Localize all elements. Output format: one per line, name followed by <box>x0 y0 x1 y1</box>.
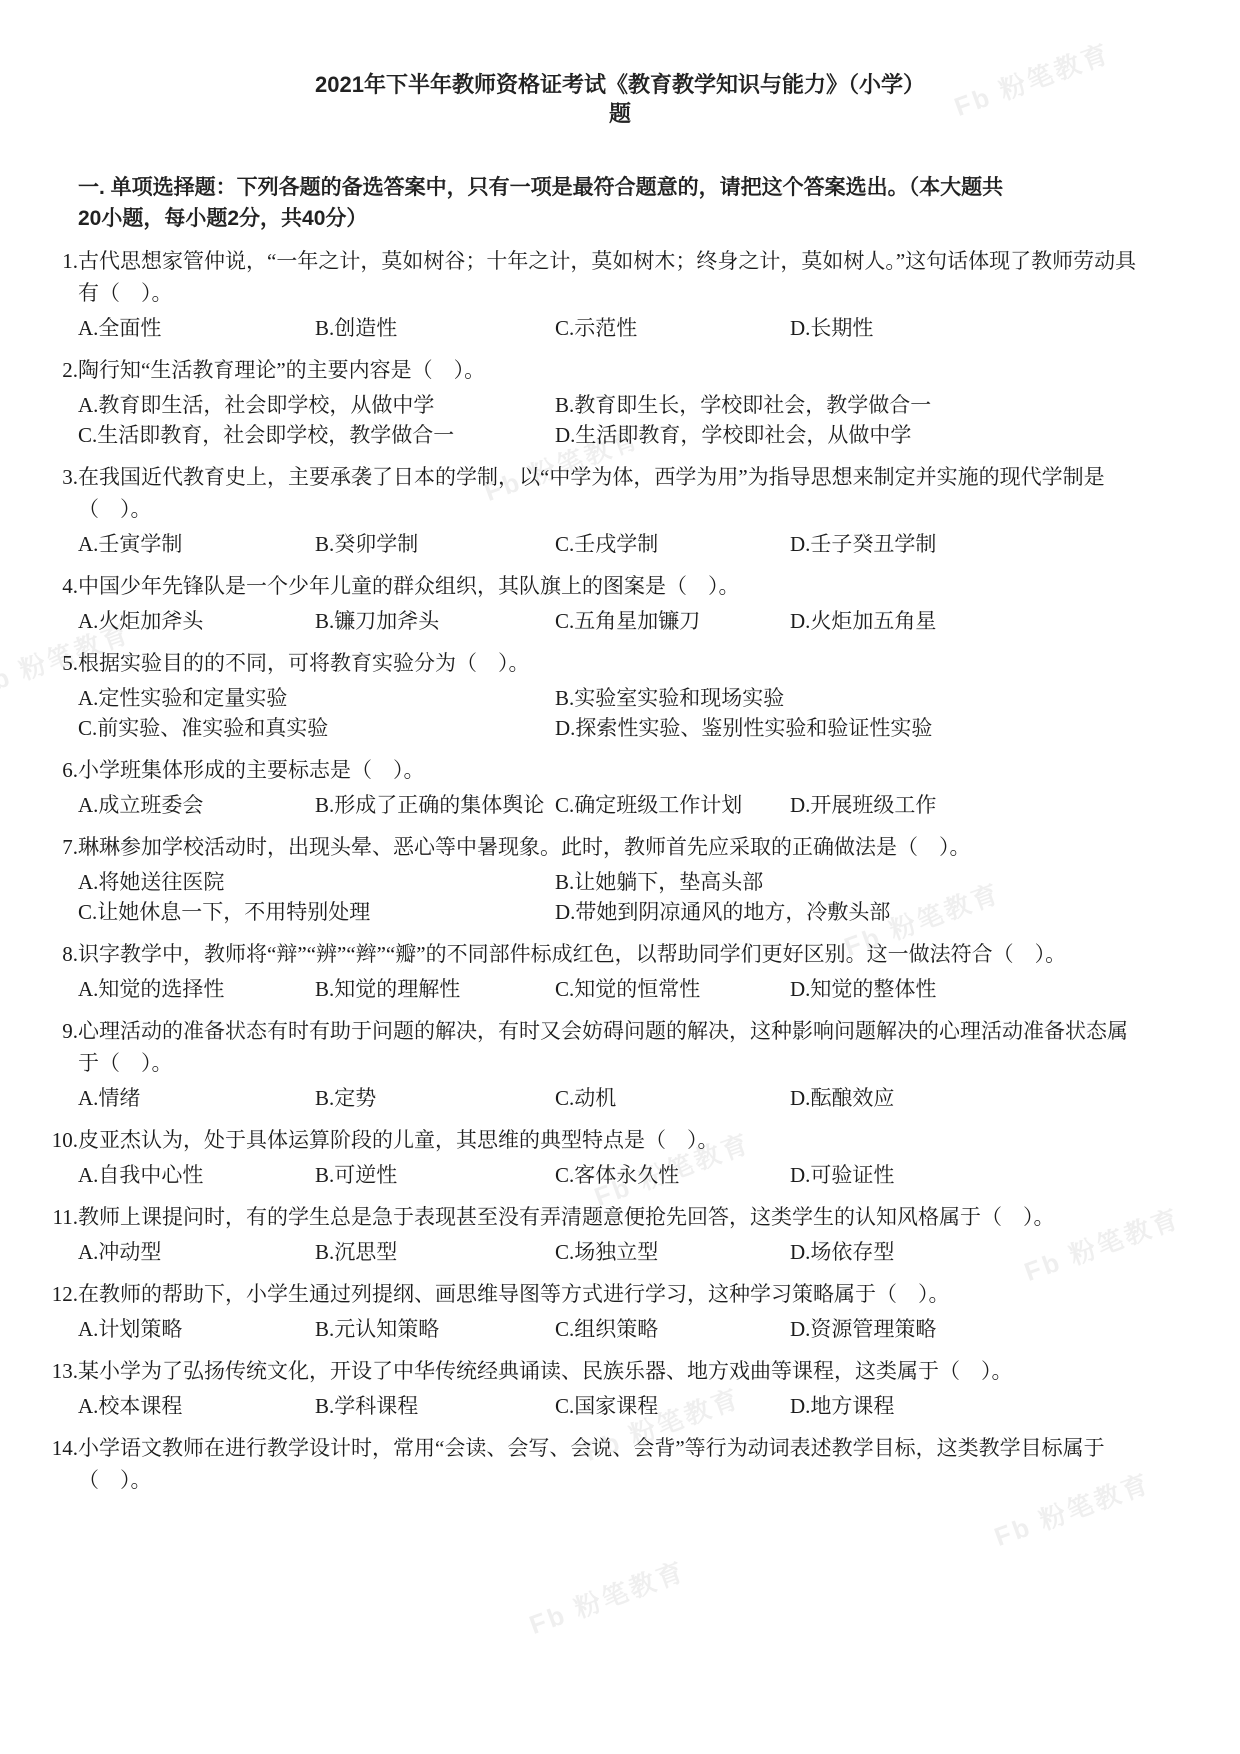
question-options: A.校本课程 B.学科课程 C.国家课程 D.地方课程 <box>78 1391 1144 1421</box>
question-number: 2. <box>62 354 78 386</box>
option-d: D.知觉的整体性 <box>790 974 1144 1004</box>
option-a: A.自我中心性 <box>78 1160 315 1190</box>
option-d: D.地方课程 <box>790 1391 1144 1421</box>
question-number: 14. <box>52 1432 78 1464</box>
watermark: Fb 粉笔教育 <box>524 1551 691 1642</box>
option-b: B.实验室实验和现场实验 <box>555 683 1144 713</box>
question-text: 皮亚杰认为，处于具体运算阶段的儿童，其思维的典型特点是（ ）。 <box>78 1124 1144 1156</box>
question-10: 10. 皮亚杰认为，处于具体运算阶段的儿童，其思维的典型特点是（ ）。 A.自我… <box>78 1124 1144 1190</box>
option-a: A.计划策略 <box>78 1314 315 1344</box>
option-d: D.长期性 <box>790 313 1144 343</box>
question-options: A.壬寅学制 B.癸卯学制 C.壬戌学制 D.壬子癸丑学制 <box>78 529 1144 559</box>
option-b: B.教育即生长，学校即社会，教学做合一 <box>555 390 1144 420</box>
question-options: A.知觉的选择性 B.知觉的理解性 C.知觉的恒常性 D.知觉的整体性 <box>78 974 1144 1004</box>
option-d: D.壬子癸丑学制 <box>790 529 1144 559</box>
question-options: A.全面性 B.创造性 C.示范性 D.长期性 <box>78 313 1144 343</box>
option-b: B.学科课程 <box>315 1391 555 1421</box>
question-options: A.冲动型 B.沉思型 C.场独立型 D.场依存型 <box>78 1237 1144 1267</box>
question-text: 识字教学中，教师将“辩”“辨”“辫”“瓣”的不同部件标成红色，以帮助同学们更好区… <box>78 938 1144 970</box>
option-b: B.沉思型 <box>315 1237 555 1267</box>
question-options: A.情绪 B.定势 C.动机 D.酝酿效应 <box>78 1083 1144 1113</box>
option-a: A.校本课程 <box>78 1391 315 1421</box>
question-number: 1. <box>62 245 78 277</box>
question-options: A.成立班委会 B.形成了正确的集体舆论 C.确定班级工作计划 D.开展班级工作 <box>78 790 1144 820</box>
question-number: 11. <box>53 1201 78 1233</box>
option-c: C.组织策略 <box>555 1314 790 1344</box>
option-c: C.客体永久性 <box>555 1160 790 1190</box>
question-12: 12. 在教师的帮助下，小学生通过列提纲、画思维导图等方式进行学习，这种学习策略… <box>78 1278 1144 1344</box>
question-options: A.定性实验和定量实验 B.实验室实验和现场实验 C.前实验、准实验和真实验 D… <box>78 683 1144 743</box>
option-d: D.可验证性 <box>790 1160 1144 1190</box>
question-text: 古代思想家管仲说，“一年之计，莫如树谷；十年之计，莫如树木；终身之计，莫如树人。… <box>78 245 1144 309</box>
question-number: 6. <box>62 754 78 786</box>
option-c: C.场独立型 <box>555 1237 790 1267</box>
page-title-line-2: 题 <box>0 99 1240 128</box>
question-3: 3. 在我国近代教育史上，主要承袭了日本的学制，以“中学为体，西学为用”为指导思… <box>78 461 1144 559</box>
option-d: D.火炬加五角星 <box>790 606 1144 636</box>
option-b: B.镰刀加斧头 <box>315 606 555 636</box>
option-a: A.成立班委会 <box>78 790 315 820</box>
option-b: B.癸卯学制 <box>315 529 555 559</box>
question-text: 在教师的帮助下，小学生通过列提纲、画思维导图等方式进行学习，这种学习策略属于（ … <box>78 1278 1144 1310</box>
option-c: C.确定班级工作计划 <box>555 790 790 820</box>
question-text: 陶行知“生活教育理论”的主要内容是（ ）。 <box>78 354 1144 386</box>
option-c: C.知觉的恒常性 <box>555 974 790 1004</box>
option-a: A.情绪 <box>78 1083 315 1113</box>
option-d: D.带她到阴凉通风的地方，冷敷头部 <box>555 897 1144 927</box>
option-c: C.示范性 <box>555 313 790 343</box>
option-d: D.开展班级工作 <box>790 790 1144 820</box>
option-a: A.教育即生活，社会即学校，从做中学 <box>78 390 555 420</box>
question-14: 14. 小学语文教师在进行教学设计时，常用“会读、会写、会说、会背”等行为动词表… <box>78 1432 1144 1496</box>
option-a: A.冲动型 <box>78 1237 315 1267</box>
option-d: D.资源管理策略 <box>790 1314 1144 1344</box>
option-d: D.生活即教育，学校即社会，从做中学 <box>555 420 1144 450</box>
question-4: 4. 中国少年先锋队是一个少年儿童的群众组织，其队旗上的图案是（ ）。 A.火炬… <box>78 570 1144 636</box>
option-c: C.国家课程 <box>555 1391 790 1421</box>
question-options: A.计划策略 B.元认知策略 C.组织策略 D.资源管理策略 <box>78 1314 1144 1344</box>
option-a: A.将她送往医院 <box>78 867 555 897</box>
question-text: 中国少年先锋队是一个少年儿童的群众组织，其队旗上的图案是（ ）。 <box>78 570 1144 602</box>
question-6: 6. 小学班集体形成的主要标志是（ ）。 A.成立班委会 B.形成了正确的集体舆… <box>78 754 1144 820</box>
question-text: 在我国近代教育史上，主要承袭了日本的学制，以“中学为体，西学为用”为指导思想来制… <box>78 461 1144 525</box>
option-a: A.知觉的选择性 <box>78 974 315 1004</box>
question-number: 9. <box>62 1015 78 1047</box>
page-title-line-1: 2021年下半年教师资格证考试《教育教学知识与能力》（小学） <box>0 70 1240 99</box>
question-text: 小学班集体形成的主要标志是（ ）。 <box>78 754 1144 786</box>
option-b: B.形成了正确的集体舆论 <box>315 790 555 820</box>
question-11: 11. 教师上课提问时，有的学生总是急于表现甚至没有弄清题意便抢先回答，这类学生… <box>78 1201 1144 1267</box>
question-number: 13. <box>52 1355 78 1387</box>
question-number: 5. <box>62 647 78 679</box>
option-c: C.五角星加镰刀 <box>555 606 790 636</box>
question-9: 9. 心理活动的准备状态有时有助于问题的解决，有时又会妨碍问题的解决，这种影响问… <box>78 1015 1144 1113</box>
option-b: B.元认知策略 <box>315 1314 555 1344</box>
option-c: C.壬戌学制 <box>555 529 790 559</box>
question-text: 教师上课提问时，有的学生总是急于表现甚至没有弄清题意便抢先回答，这类学生的认知风… <box>78 1201 1144 1233</box>
question-text: 小学语文教师在进行教学设计时，常用“会读、会写、会说、会背”等行为动词表述教学目… <box>78 1432 1144 1496</box>
page-title: 2021年下半年教师资格证考试《教育教学知识与能力》（小学） 题 <box>0 70 1240 128</box>
option-b: B.让她躺下，垫高头部 <box>555 867 1144 897</box>
question-text: 根据实验目的的不同，可将教育实验分为（ ）。 <box>78 647 1144 679</box>
question-8: 8. 识字教学中，教师将“辩”“辨”“辫”“瓣”的不同部件标成红色，以帮助同学们… <box>78 938 1144 1004</box>
question-7: 7. 琳琳参加学校活动时，出现头晕、恶心等中暑现象。此时，教师首先应采取的正确做… <box>78 831 1144 927</box>
question-13: 13. 某小学为了弘扬传统文化，开设了中华传统经典诵读、民族乐器、地方戏曲等课程… <box>78 1355 1144 1421</box>
question-options: A.将她送往医院 B.让她躺下，垫高头部 C.让她休息一下，不用特别处理 D.带… <box>78 867 1144 927</box>
question-text: 某小学为了弘扬传统文化，开设了中华传统经典诵读、民族乐器、地方戏曲等课程，这类属… <box>78 1355 1144 1387</box>
option-d: D.场依存型 <box>790 1237 1144 1267</box>
question-number: 8. <box>62 938 78 970</box>
option-a: A.火炬加斧头 <box>78 606 315 636</box>
section-header: 一. 单项选择题：下列各题的备选答案中，只有一项是最符合题意的，请把这个答案选出… <box>78 172 1026 234</box>
option-c: C.让她休息一下，不用特别处理 <box>78 897 555 927</box>
option-c: C.动机 <box>555 1083 790 1113</box>
question-number: 10. <box>52 1124 78 1156</box>
question-text: 心理活动的准备状态有时有助于问题的解决，有时又会妨碍问题的解决，这种影响问题解决… <box>78 1015 1144 1079</box>
option-b: B.可逆性 <box>315 1160 555 1190</box>
option-c: C.前实验、准实验和真实验 <box>78 713 555 743</box>
question-number: 7. <box>62 831 78 863</box>
exam-document-page: Fb 粉笔教育 Fb 粉笔教育 Fb 粉笔教育 Fb 粉笔教育 Fb 粉笔教育 … <box>0 0 1240 1754</box>
option-c: C.生活即教育，社会即学校，教学做合一 <box>78 420 555 450</box>
option-a: A.定性实验和定量实验 <box>78 683 555 713</box>
option-d: D.探索性实验、鉴别性实验和验证性实验 <box>555 713 1144 743</box>
option-a: A.全面性 <box>78 313 315 343</box>
question-number: 12. <box>52 1278 78 1310</box>
question-2: 2. 陶行知“生活教育理论”的主要内容是（ ）。 A.教育即生活，社会即学校，从… <box>78 354 1144 450</box>
option-b: B.创造性 <box>315 313 555 343</box>
question-number: 3. <box>62 461 78 493</box>
question-options: A.火炬加斧头 B.镰刀加斧头 C.五角星加镰刀 D.火炬加五角星 <box>78 606 1144 636</box>
option-a: A.壬寅学制 <box>78 529 315 559</box>
question-text: 琳琳参加学校活动时，出现头晕、恶心等中暑现象。此时，教师首先应采取的正确做法是（… <box>78 831 1144 863</box>
question-5: 5. 根据实验目的的不同，可将教育实验分为（ ）。 A.定性实验和定量实验 B.… <box>78 647 1144 743</box>
option-b: B.定势 <box>315 1083 555 1113</box>
question-options: A.教育即生活，社会即学校，从做中学 B.教育即生长，学校即社会，教学做合一 C… <box>78 390 1144 450</box>
question-1: 1. 古代思想家管仲说，“一年之计，莫如树谷；十年之计，莫如树木；终身之计，莫如… <box>78 245 1144 343</box>
question-number: 4. <box>62 570 78 602</box>
question-options: A.自我中心性 B.可逆性 C.客体永久性 D.可验证性 <box>78 1160 1144 1190</box>
option-d: D.酝酿效应 <box>790 1083 1144 1113</box>
option-b: B.知觉的理解性 <box>315 974 555 1004</box>
